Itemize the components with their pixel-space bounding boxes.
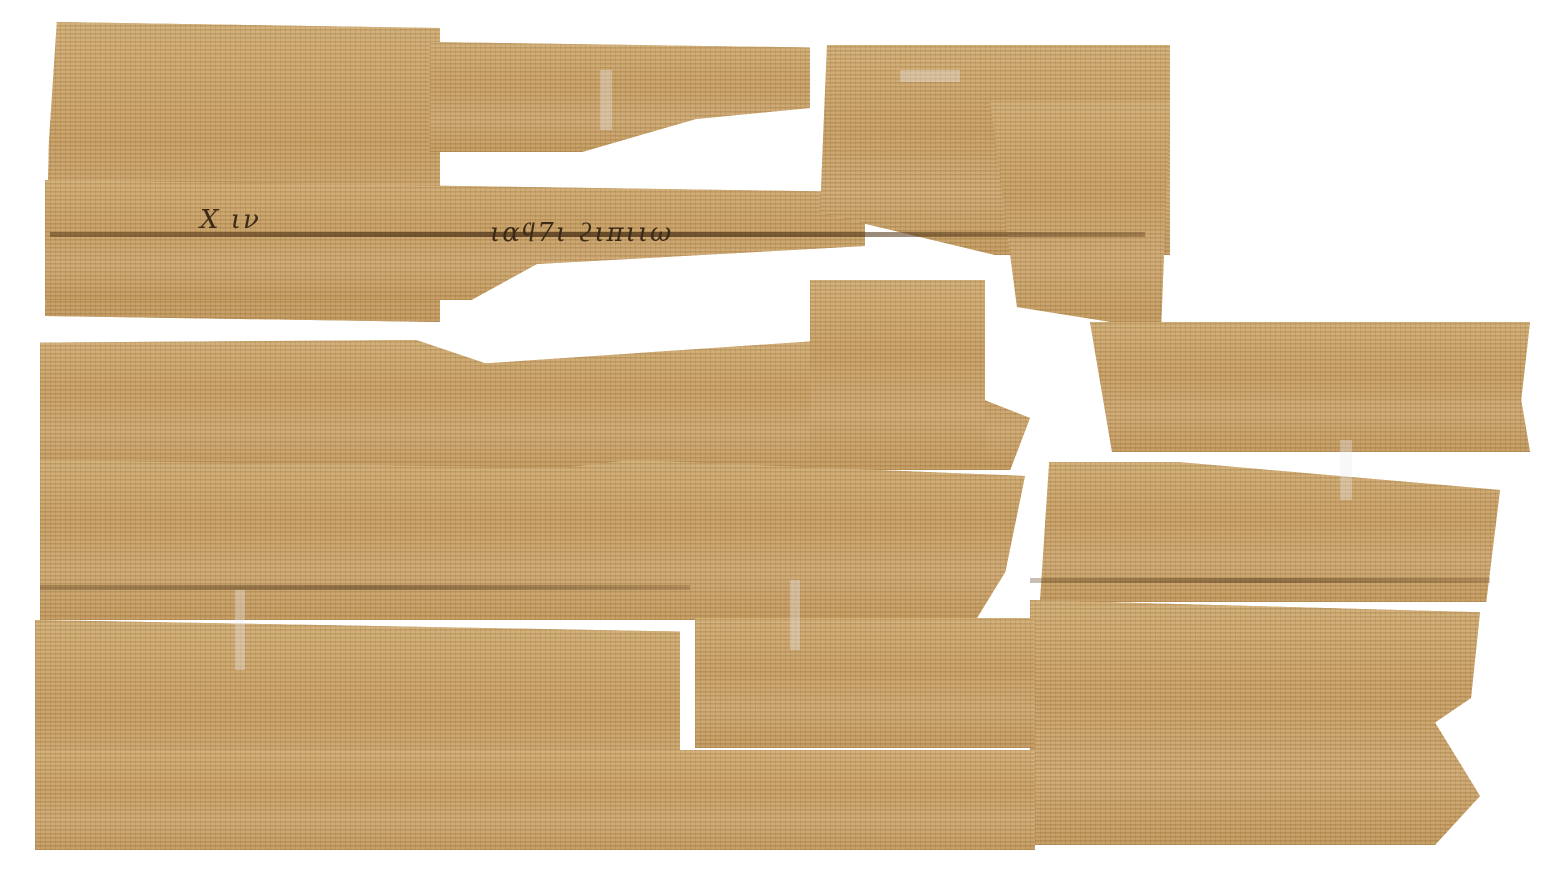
repair-tape xyxy=(790,580,800,650)
papyrus-image: X ιν ιαϥ7ι ϩιπιιω xyxy=(0,0,1551,888)
ink-writing-left: X ιν xyxy=(200,205,261,235)
papyrus-strip-bottom-center xyxy=(695,618,1035,748)
repair-tape xyxy=(600,70,612,130)
repair-tape xyxy=(1340,440,1352,500)
dark-fiber-line xyxy=(1030,578,1490,583)
papyrus-strip-bottom-band xyxy=(35,750,1035,850)
dark-fiber-line xyxy=(40,585,690,590)
papyrus-strip-center-column xyxy=(810,280,985,470)
papyrus-strip-right-upper xyxy=(990,100,1170,330)
papyrus-strip-top-middle xyxy=(430,42,810,152)
ink-writing-center: ιαϥ7ι ϩιπιιω xyxy=(490,218,673,248)
papyrus-strip-right-middle xyxy=(1090,322,1530,452)
papyrus-strip-writing-band xyxy=(45,180,865,300)
repair-tape xyxy=(235,590,245,670)
repair-tape xyxy=(900,70,960,82)
papyrus-strip-right-bottom xyxy=(1030,600,1480,845)
papyrus-strip-lower-middle-left xyxy=(40,460,1025,620)
